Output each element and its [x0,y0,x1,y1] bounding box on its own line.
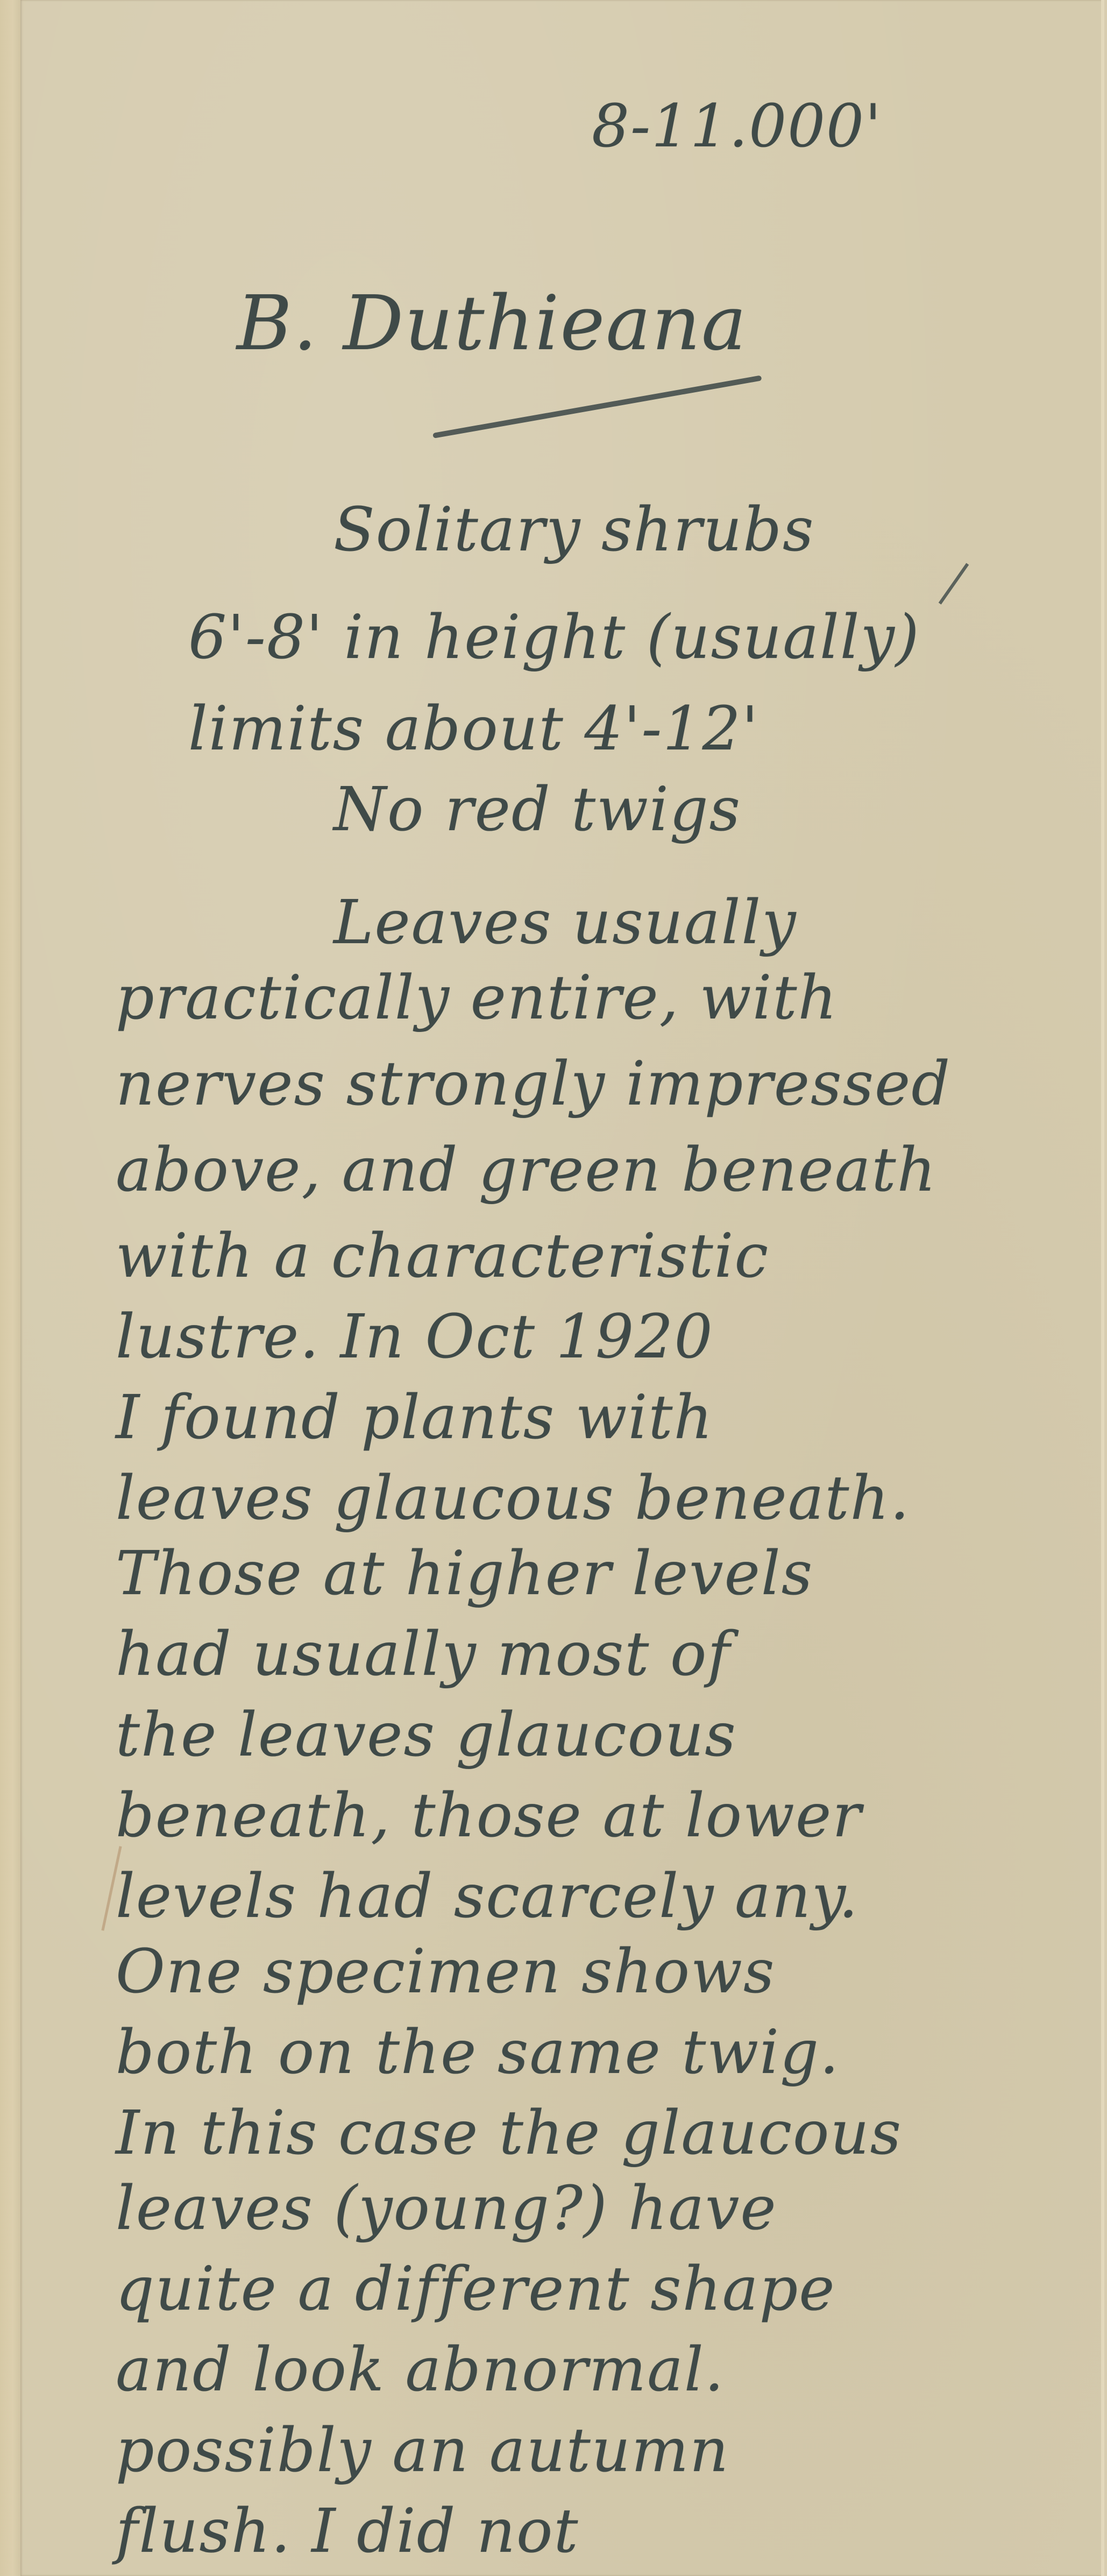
body-line: possibly an autumn [116,2416,729,2486]
body-line: leaves glaucous beneath. [116,1463,910,1533]
body-line: with a characteristic [116,1221,769,1291]
body-line: lustre. In Oct 1920 [116,1302,714,1372]
elevation-note: 8-11.000' [592,91,882,160]
body-line: quite a different shape [116,2254,836,2324]
body-line: No red twigs [333,775,741,845]
body-line: practically entire, with [116,963,838,1033]
body-line: In this case the glaucous [116,2098,902,2168]
body-line: levels had scarcely any. [116,1862,859,1931]
body-line: Those at higher levels [116,1539,813,1609]
body-line: 6'-8' in height (usually) [188,603,920,673]
body-line: the leaves glaucous [116,1700,737,1770]
body-line: Leaves usually [333,888,797,958]
body-line: beneath, those at lower [116,1781,862,1851]
body-line: had usually most of [116,1619,731,1689]
body-line: leaves (young?) have [116,2174,777,2244]
body-line: and look abnormal. [116,2335,725,2405]
backing-strip [0,0,22,2576]
body-line: flush. I did not [116,2496,579,2566]
body-line: limits about 4'-12' [188,694,760,764]
torn-right-edge [1101,0,1104,2576]
body-line: Solitary shrubs [333,495,814,565]
body-line: nerves strongly impressed [116,1049,951,1119]
body-line: both on the same twig. [116,2018,840,2087]
species-heading: B. Duthieana [237,280,747,367]
body-line: above, and green beneath [116,1135,937,1205]
body-line: I found plants with [116,1383,714,1453]
body-line: One specimen shows [116,1937,775,2007]
